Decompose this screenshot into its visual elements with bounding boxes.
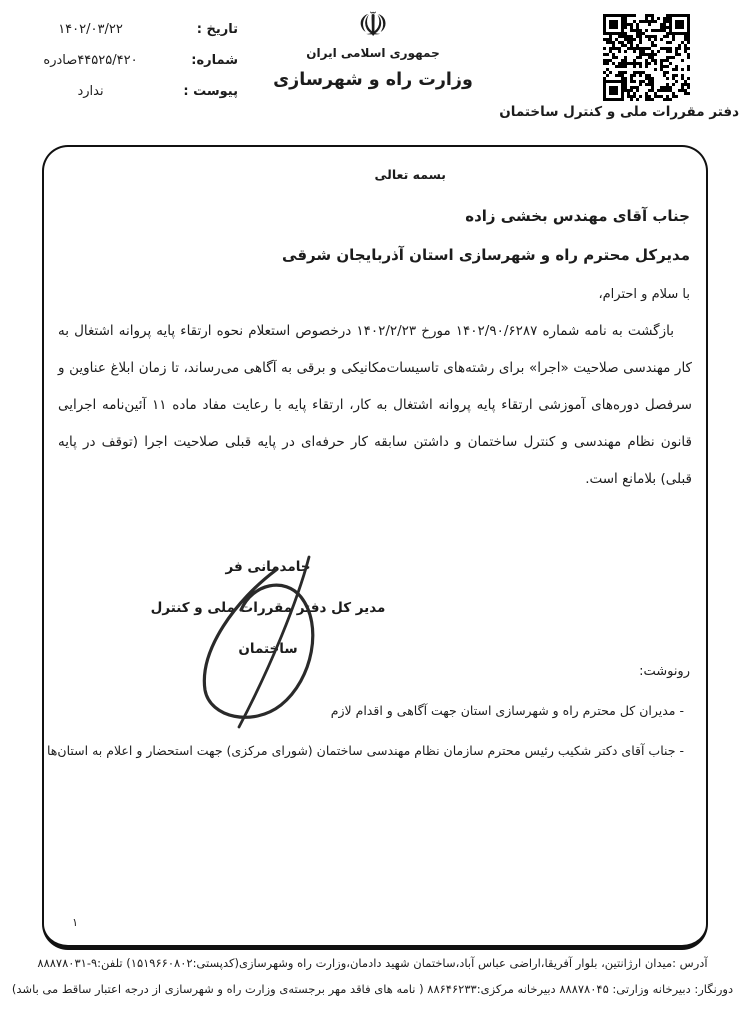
salutation: با سلام و احترام،: [598, 287, 690, 302]
cc-item: - مدیران کل محترم راه و شهرسازی استان جه…: [331, 703, 684, 718]
letterhead-meta: تاریخ : ۱۴۰۲/۰۳/۲۲ شماره: ۴۴۵۲۵/۴۲۰صادره…: [18, 22, 238, 115]
number-row: شماره: ۴۴۵۲۵/۴۲۰صادره: [18, 53, 238, 84]
ministry-name: وزارت راه و شهرسازی: [273, 70, 473, 90]
cc-item: - جناب آقای دکتر شکیب رئیس محترم سازمان …: [47, 743, 684, 758]
attachment-value: ندارد: [18, 84, 163, 99]
basmala: بسمه تعالی: [374, 167, 446, 182]
letterhead-center: ☫ جمهوری اسلامی ایران وزارت راه و شهرساز…: [273, 6, 473, 90]
number-value: ۴۴۵۲۵/۴۲۰صادره: [18, 53, 163, 68]
signer-title: مدیر کل دفتر مقررات ملی و کنترل: [128, 588, 408, 629]
footer-fax: دورنگار: دبیرخانه وزارتی: ۸۸۸۷۸۰۴۵ دبیرخ…: [0, 982, 745, 996]
letter-page: تاریخ : ۱۴۰۲/۰۳/۲۲ شماره: ۴۴۵۲۵/۴۲۰صادره…: [0, 0, 745, 1024]
signer-name: حامدمانی فر: [128, 547, 408, 588]
iran-emblem-icon: ☫: [273, 6, 473, 44]
signer-title-line2: ساختمان: [128, 629, 408, 670]
date-row: تاریخ : ۱۴۰۲/۰۳/۲۲: [18, 22, 238, 53]
signature-block: حامدمانی فر مدیر کل دفتر مقررات ملی و کن…: [128, 547, 408, 670]
recipient-title: مدیرکل محترم راه و شهرسازی استان آذربایج…: [282, 246, 690, 264]
country-name: جمهوری اسلامی ایران: [273, 46, 473, 60]
cc-label: رونوشت:: [639, 664, 690, 679]
letter-frame: بسمه تعالی جناب آقای مهندس بخشی زاده مدی…: [42, 145, 708, 950]
attachment-label: پیوست :: [183, 84, 238, 99]
number-label: شماره:: [191, 53, 238, 68]
date-label: تاریخ :: [197, 22, 238, 37]
office-title: دفتر مقررات ملی و کنترل ساختمان: [499, 104, 739, 120]
recipient-name: جناب آقای مهندس بخشی زاده: [465, 207, 690, 225]
footer-address: آدرس :میدان ارژانتین، بلوار آفریقا،اراضی…: [0, 956, 745, 970]
letter-body: بازگشت به نامه شماره ۱۴۰۲/۹۰/۶۲۸۷ مورخ ۱…: [58, 313, 692, 498]
page-number: ۱: [72, 916, 78, 929]
qr-code-icon: [603, 14, 690, 101]
attachment-row: پیوست : ندارد: [18, 84, 238, 115]
date-value: ۱۴۰۲/۰۳/۲۲: [18, 22, 163, 37]
